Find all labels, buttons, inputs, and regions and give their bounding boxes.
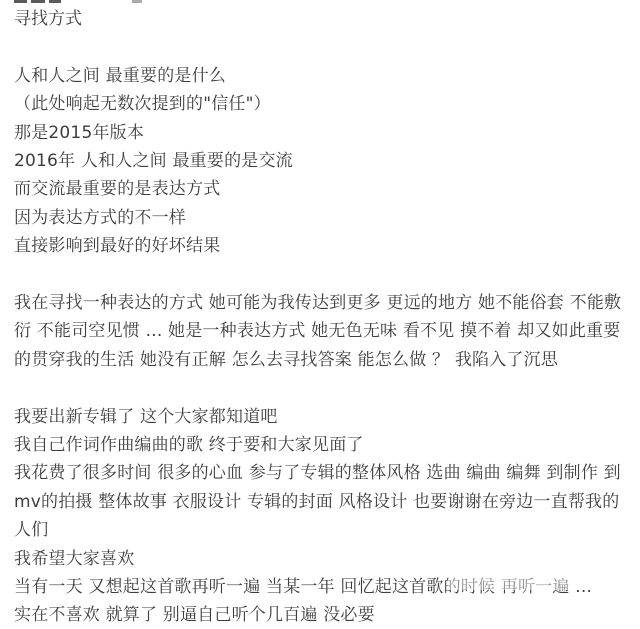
- post-body: 寻找方式 人和人之间 最重要的是什么（此处响起无数次提到的"信任"）那是2015…: [14, 5, 628, 629]
- text-line: （此处响起无数次提到的"信任"）: [14, 90, 628, 118]
- text-line: 那是2015年版本: [14, 119, 628, 147]
- text-line: 我希望大家喜欢: [14, 545, 628, 573]
- text-line: 人和人之间 最重要的是什么: [14, 62, 628, 90]
- text-line: 实在不喜欢 就算了 别逼自己听个几百遍 没必要: [14, 601, 628, 629]
- text-line: 我要出新专辑了 这个大家都知道吧: [14, 403, 628, 431]
- paragraph: 人和人之间 最重要的是什么（此处响起无数次提到的"信任"）那是2015年版本20…: [14, 62, 628, 261]
- text-line: 直接影响到最好的好坏结果: [14, 232, 628, 260]
- text-line: 我花费了很多时间 很多的心血 参与了专辑的整体风格 选曲 编曲 编舞 到制作 到…: [14, 459, 628, 544]
- text-line: 我在寻找一种表达的方式 她可能为我传达到更多 更远的地方 她不能俗套 不能敷衍 …: [14, 289, 628, 374]
- text-line: 我自己作词作曲编曲的歌 终于要和大家见面了: [14, 431, 628, 459]
- post-title: 寻找方式: [14, 5, 628, 33]
- text-line: 2016年 人和人之间 最重要的是交流: [14, 147, 628, 175]
- cropped-line-artifact: [14, 0, 184, 4]
- paragraphs: 人和人之间 最重要的是什么（此处响起无数次提到的"信任"）那是2015年版本20…: [14, 62, 628, 629]
- text-line: 当有一天 又想起这首歌再听一遍 当某一年 回忆起这首歌的时候 再听一遍 ...: [14, 573, 628, 601]
- paragraph: 我在寻找一种表达的方式 她可能为我传达到更多 更远的地方 她不能俗套 不能敷衍 …: [14, 289, 628, 374]
- text-line: 而交流最重要的是表达方式: [14, 175, 628, 203]
- text-line: 因为表达方式的不一样: [14, 204, 628, 232]
- paragraph: 我要出新专辑了 这个大家都知道吧我自己作词作曲编曲的歌 终于要和大家见面了我花费…: [14, 403, 628, 629]
